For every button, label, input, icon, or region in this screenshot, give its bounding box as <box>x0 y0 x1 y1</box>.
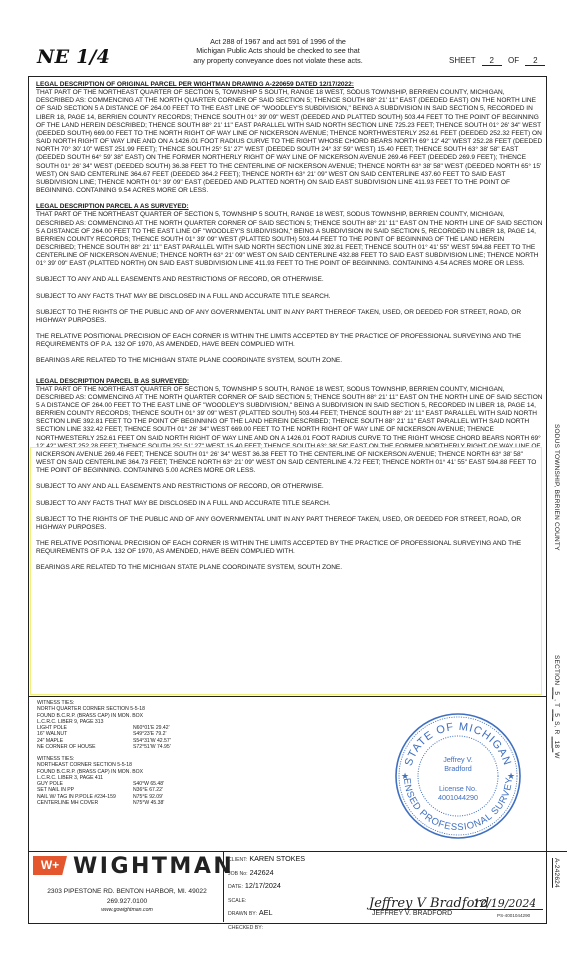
logo-mark-icon: W+ <box>33 856 67 875</box>
sheet-number: SHEET 2 OF 2 <box>449 56 549 66</box>
original-parcel-heading: LEGAL DESCRIPTION OF ORIGINAL PARCEL PER… <box>36 81 543 89</box>
field-checked-by: CHECKED BY: <box>228 921 305 935</box>
original-parcel-body: THAT PART OF THE NORTHEAST QUARTER OF SE… <box>36 89 543 195</box>
surveyor-license: PS-4001044290 <box>497 913 530 918</box>
parcel-a-note: SUBJECT TO ANY AND ALL EASEMENTS AND RES… <box>36 276 543 284</box>
parcel-b-note: SUBJECT TO ANY AND ALL EASEMENTS AND RES… <box>36 483 543 491</box>
field-client: CLIENT:KAREN STOKES <box>228 853 305 867</box>
parcel-a-note: BEARINGS ARE RELATED TO THE MICHIGAN STA… <box>36 357 543 365</box>
witness-ties: WITNESS TIES: NORTH QUARTER CORNER SECTI… <box>37 700 227 806</box>
act-notice-line: Act 288 of 1967 and act 591 of 1996 of t… <box>178 37 378 46</box>
seal-license-number: 4001044290 <box>438 793 478 802</box>
divider <box>29 696 546 697</box>
parcel-b-heading: LEGAL DESCRIPTION PARCEL B AS SURVEYED: <box>36 378 543 386</box>
sheet-of-label: OF <box>508 56 519 65</box>
parcel-b-body: THAT PART OF THE NORTHEAST QUARTER OF SE… <box>36 386 543 476</box>
company-name: WIGHTMAN <box>73 854 234 879</box>
sheet-label: SHEET <box>449 56 476 65</box>
quarter-section-label: NE 1/4 <box>37 46 110 68</box>
field-job-no: JOB No:242624 <box>228 867 305 881</box>
surveyor-seal: STATE OF MICHIGAN LICENSED PROFESSIONAL … <box>388 712 528 842</box>
parcel-a-body: THAT PART OF THE NORTHEAST QUARTER OF SE… <box>36 211 543 268</box>
seal-license-label: License No. <box>439 784 477 793</box>
parcel-b-note: BEARINGS ARE RELATED TO THE MICHIGAN STA… <box>36 564 543 572</box>
seal-name-line: Jeffrey V. <box>443 755 473 764</box>
act-notice: Act 288 of 1967 and act 591 of 1996 of t… <box>178 37 378 65</box>
field-scale: SCALE: <box>228 894 305 908</box>
field-drawn-by: DRAWN BY:AEL <box>228 907 305 921</box>
company-contact: 2303 PIPESTONE RD. BENTON HARBOR, MI. 49… <box>29 887 225 916</box>
title-block-fields: CLIENT:KAREN STOKES JOB No:242624 DATE:1… <box>228 853 305 935</box>
parcel-b-note: THE RELATIVE POSITIONAL PRECISION OF EAC… <box>36 540 543 556</box>
company-phone: 269.927.0100 <box>29 897 225 907</box>
section-township-range: SECTION 5 , T 5 S, R 18 W <box>553 655 567 764</box>
seal-star-icon: ★ <box>401 771 409 781</box>
surveyor-name: JEFFREY V. BRADFORD <box>372 910 452 917</box>
tie-row: NE CORNER OF HOUSES72°51'W 74.95' <box>37 744 227 750</box>
act-notice-line: any property conveyance does not violate… <box>178 56 378 65</box>
parcel-a-note: THE RELATIVE POSITIONAL PRECISION OF EAC… <box>36 333 543 349</box>
company-address: 2303 PIPESTONE RD. BENTON HARBOR, MI. 49… <box>29 887 225 897</box>
seal-name-line: Bradford <box>444 764 472 773</box>
title-block-separator <box>223 852 224 922</box>
title-block-divider <box>29 851 546 852</box>
township-county-label: SODUS TOWNSHIP, BERRIEN COUNTY <box>553 424 567 556</box>
seal-star-icon: ★ <box>507 771 515 781</box>
parcel-a-note: SUBJECT TO ANY FACTS THAT MAY BE DISCLOS… <box>36 293 543 301</box>
parcel-a-note: SUBJECT TO THE RIGHTS OF THE PUBLIC AND … <box>36 309 543 325</box>
parcel-a-heading: LEGAL DESCRIPTION PARCEL A AS SURVEYED: <box>36 203 543 211</box>
field-date: DATE:12/17/2024 <box>228 880 305 894</box>
legal-descriptions: LEGAL DESCRIPTION OF ORIGINAL PARCEL PER… <box>36 81 543 573</box>
drawing-number: A-242624 <box>553 858 567 893</box>
company-website: www.gowightman.com <box>29 906 225 916</box>
act-notice-line: Michigan Public Acts should be checked t… <box>178 46 378 55</box>
parcel-b-note: SUBJECT TO ANY FACTS THAT MAY BE DISCLOS… <box>36 500 543 508</box>
side-box-divider <box>545 851 567 852</box>
sheet-current: 2 <box>482 56 502 66</box>
sheet-total: 2 <box>525 56 545 66</box>
tie-row: CENTERLINE MH COVERN75°W 45.38' <box>37 800 227 806</box>
parcel-b-note: SUBJECT TO THE RIGHTS OF THE PUBLIC AND … <box>36 516 543 532</box>
